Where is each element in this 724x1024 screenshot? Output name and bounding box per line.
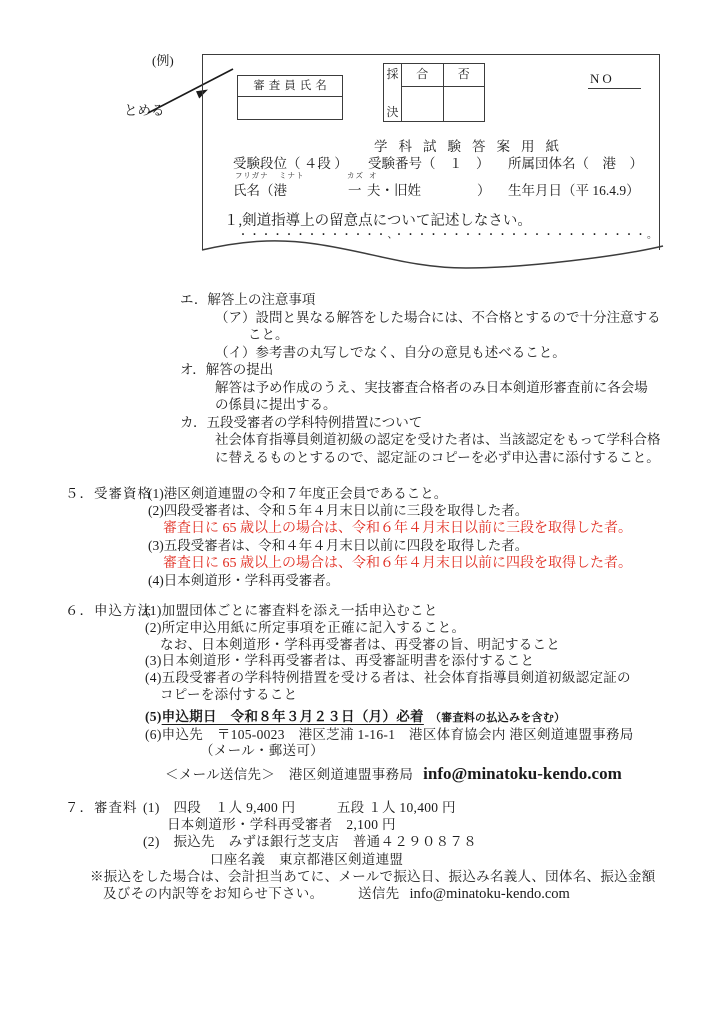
exam-rank: 受験段位（ ４段 ） xyxy=(233,152,348,172)
note-e-heading: エ．解答上の注意事項 xyxy=(180,291,680,309)
fee-item-2-sub: 口座名義 東京都港区剣道連盟 xyxy=(210,851,715,868)
note-ka-text1: 社会体育指導員剣道初級の認定を受けた者は、当該認定をもって学科合格 xyxy=(215,431,680,449)
name-part-sei: 氏名（港 xyxy=(233,179,287,199)
decision-grid: 採 決 合 否 xyxy=(383,63,485,122)
transfer-note-2: 及びその内訳等をお知らせ下さい。 送信先info@minatoku-kendo.… xyxy=(103,885,715,903)
eligibility-item-2-warning: 審査日に 65 歳以上の場合は、令和６年４月末日以前に三段を取得した者。 xyxy=(163,520,705,537)
name-part-kazu: 一 xyxy=(348,179,362,199)
fee-item-2: (2) 振込先 みずほ銀行芝支店 普通４２９０８７８ xyxy=(143,833,715,850)
decision-grid-rowhead: 採 決 xyxy=(384,64,402,121)
notes-block: エ．解答上の注意事項 （ア）設問と異なる解答をした場合には、不合格とするので十分… xyxy=(180,291,680,466)
note-e-item-a: （ア）設問と異なる解答をした場合には、不合格とするので十分注意する xyxy=(215,309,680,327)
name-close-paren: ） xyxy=(477,179,491,199)
fee-item-1-sub: 日本剣道形・学科再受審者 2,100 円 xyxy=(167,816,715,833)
section6-heading: ６．申込方法 xyxy=(65,603,152,620)
eligibility-item-3: (3)五段受審者は、令和４年４月末日以前に四段を取得した者。 xyxy=(148,537,705,554)
transfer-note-email: info@minatoku-kendo.com xyxy=(409,886,569,902)
eligibility-item-4: (4)日本剣道形・学科再受審者。 xyxy=(148,572,705,589)
note-e-item-b: （イ）参考書の丸写しでなく、自分の意見も述べること。 xyxy=(215,344,680,362)
note-ka-text2: に替えるものとするので、認定証のコピーを必ず申込書に添付すること。 xyxy=(215,449,680,467)
decision-fail-header: 否 xyxy=(444,64,485,86)
application-address: (6)申込先 〒105-0023 港区芝浦 1-16-1 港区体育協会内 港区剣… xyxy=(145,727,715,744)
document-page: (例) とめる 審査員氏名 採 決 合 否 NO 学科試験答案用紙 xyxy=(0,0,724,1024)
decision-fail-cell xyxy=(444,87,485,121)
deadline-text: 申込期日 令和８年３月２３日（月）必着 xyxy=(162,709,424,724)
section-fee: ７．審査料 (1) 四段 １人 9,400 円 五段 １人 10,400 円 日… xyxy=(65,799,715,903)
section5-heading: ５．受審資格 xyxy=(65,485,152,502)
transfer-note-2-text: 及びその内訳等をお知らせ下さい。 送信先 xyxy=(103,886,399,901)
fee-item-1: (1) 四段 １人 9,400 円 五段 １人 10,400 円 xyxy=(143,799,715,816)
deadline-number: (5) xyxy=(145,709,162,724)
note-o-text2: の係員に提出する。 xyxy=(215,396,680,414)
section-application: ６．申込方法 (1)加盟団体ごとに審査料を添え一括申込むこと (2)所定申込用紙… xyxy=(65,603,715,784)
note-e-item-a-cont: こと。 xyxy=(248,326,680,344)
birth-date: 生年月日（平 16.4.9） xyxy=(508,179,640,199)
application-deadline: (5)申込期日 令和８年３月２３日（月）必着（審査料の払込みを含む） xyxy=(145,709,715,727)
application-item-4: (4)五段受審者の学科特例措置を受ける者は、社会体育指導員剣道初級認定証の xyxy=(145,670,715,687)
note-ka-heading: カ．五段受審者の学科特例措置について xyxy=(180,414,680,432)
decision-pass-cell xyxy=(402,87,444,121)
application-item-1: (1)加盟団体ごとに審査料を添え一括申込むこと xyxy=(145,603,715,620)
application-address-note: （メール・郵送可） xyxy=(200,743,715,760)
deadline-note: （審査料の払込みを含む） xyxy=(430,712,566,724)
examiner-name-label: 審査員氏名 xyxy=(238,76,342,97)
torn-edge-wave xyxy=(196,238,672,284)
answer-dots: ・・・・・・・・・・・・・、・・・・・・・・・・・・・・・・・・・・・・。 xyxy=(238,226,659,241)
application-item-3: (3)日本剣道形・学科再受審者は、再受審証明書を添付すること xyxy=(145,653,715,670)
note-o-text1: 解答は予め作成のうえ、実技審査合格者のみ日本剣道形審査前に各会場 xyxy=(215,379,680,397)
transfer-note-1: ※振込をした場合は、会計担当あてに、メールで振込日、振込み名義人、団体名、振込金… xyxy=(90,868,715,885)
decision-pass-header: 合 xyxy=(402,64,444,86)
decision-char-top: 採 xyxy=(386,65,398,82)
application-item-2: (2)所定申込用紙に所定事項を正確に記入すること。 xyxy=(145,620,715,637)
exam-org: 所属団体名（ 港 ） xyxy=(508,152,643,172)
application-item-4-cont: コピーを添付すること xyxy=(160,687,715,704)
eligibility-item-1: (1)港区剣道連盟の令和７年度正会員であること。 xyxy=(148,485,705,502)
eligibility-item-3-warning: 審査日に 65 歳以上の場合は、令和６年４月末日以前に四段を取得した者。 xyxy=(163,555,705,572)
mail-destination-label: ＜メール送信先＞ 港区剣道連盟事務局 xyxy=(165,767,413,782)
mail-address: info@minatoku-kendo.com xyxy=(423,764,622,783)
decision-char-bottom: 決 xyxy=(386,103,398,120)
section7-heading: ７．審査料 xyxy=(65,799,138,816)
note-o-heading: オ．解答の提出 xyxy=(180,361,680,379)
mail-destination-row: ＜メール送信先＞ 港区剣道連盟事務局info@minatoku-kendo.co… xyxy=(165,766,715,784)
name-part-o: 夫・旧姓 xyxy=(367,179,421,199)
no-field: NO xyxy=(588,71,641,89)
application-item-2-sub: なお、日本剣道形・学科再受審者は、再受審の旨、明記すること xyxy=(160,637,715,654)
eligibility-item-2: (2)四段受審者は、令和５年４月末日以前に三段を取得した者。 xyxy=(148,502,705,519)
section-eligibility: ５．受審資格 (1)港区剣道連盟の令和７年度正会員であること。 (2)四段受審者… xyxy=(65,485,705,589)
exam-number: 受験番号（ １ ） xyxy=(368,152,490,172)
examiner-name-box: 審査員氏名 xyxy=(237,75,343,120)
